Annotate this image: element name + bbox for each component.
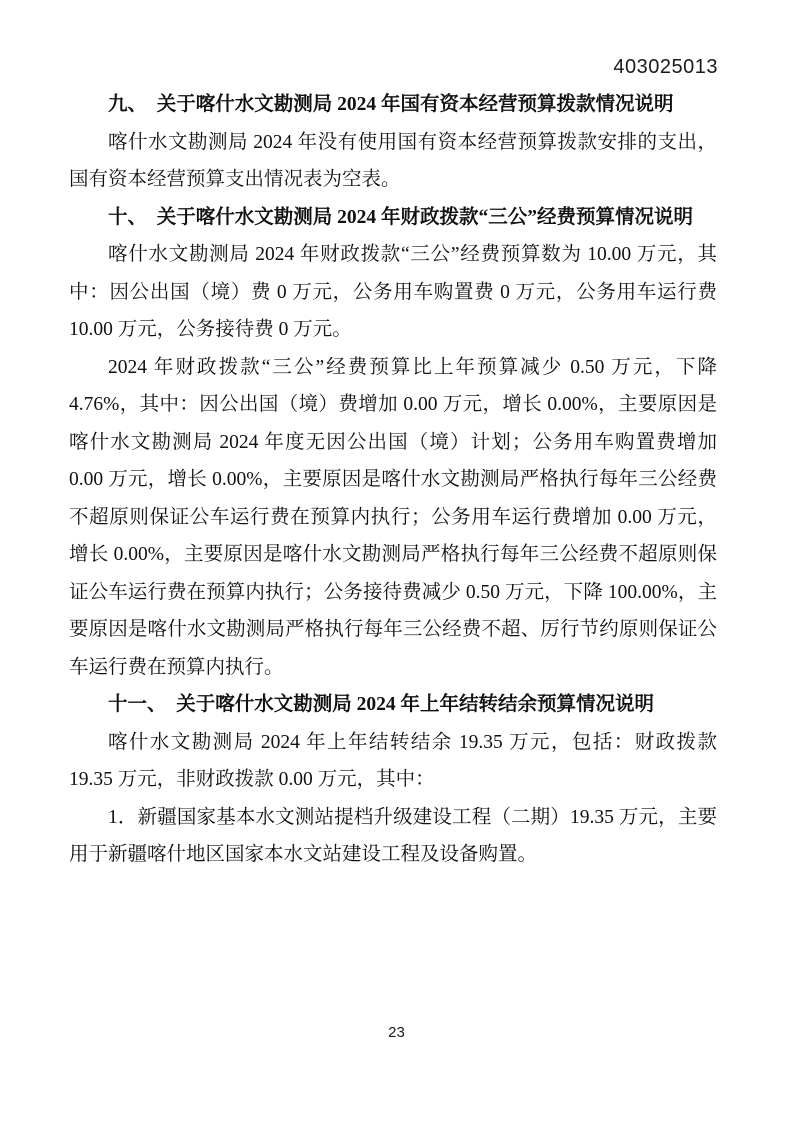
section-10-paragraph-2: 2024 年财政拨款“三公”经费预算比上年预算减少 0.50 万元，下降 4.7…	[69, 349, 717, 687]
document-number: 403025013	[613, 56, 718, 79]
section-10-paragraph-1: 喀什水文勘测局 2024 年财政拨款“三公”经费预算数为 10.00 万元，其中…	[69, 236, 717, 349]
section-10-heading: 十、 关于喀什水文勘测局 2024 年财政拨款“三公”经费预算情况说明	[69, 199, 717, 237]
section-11-paragraph-2: 1．新疆国家基本水文测站提档升级建设工程（二期）19.35 万元，主要用于新疆喀…	[69, 799, 717, 874]
document-content: 九、 关于喀什水文勘测局 2024 年国有资本经营预算拨款情况说明 喀什水文勘测…	[69, 86, 717, 874]
document-page: 403025013 九、 关于喀什水文勘测局 2024 年国有资本经营预算拨款情…	[0, 0, 793, 1122]
page-number: 23	[0, 1024, 793, 1041]
section-9-paragraph-1: 喀什水文勘测局 2024 年没有使用国有资本经营预算拨款安排的支出，国有资本经营…	[69, 124, 717, 199]
section-11-heading: 十一、 关于喀什水文勘测局 2024 年上年结转结余预算情况说明	[69, 686, 717, 724]
section-9-heading: 九、 关于喀什水文勘测局 2024 年国有资本经营预算拨款情况说明	[69, 86, 717, 124]
section-11-paragraph-1: 喀什水文勘测局 2024 年上年结转结余 19.35 万元，包括：财政拨款 19…	[69, 724, 717, 799]
